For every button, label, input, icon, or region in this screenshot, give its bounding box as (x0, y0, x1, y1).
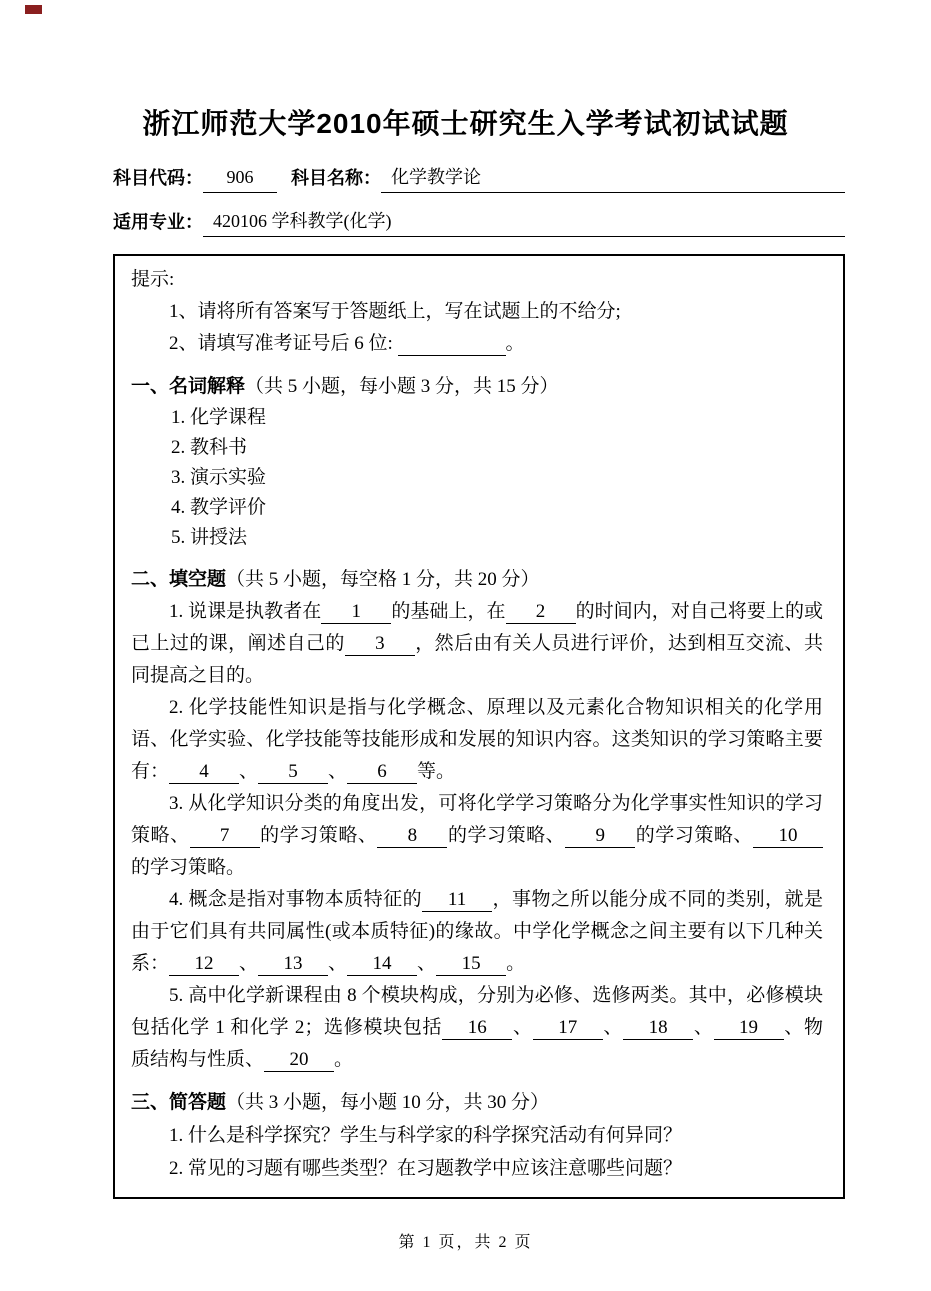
short-answer-item: 1. 什么是科学探究？学生与科学家的科学探究活动有何异同？ (131, 1119, 823, 1152)
answer-blank: 1 (321, 601, 391, 624)
section1-heading-title: 一、名词解释 (131, 376, 245, 397)
term-item: 4. 教学评价 (131, 493, 823, 523)
major-value: 420106 学科教学(化学) (203, 208, 845, 237)
answer-blank: 18 (623, 1017, 693, 1040)
subject-code-value: 906 (203, 164, 277, 193)
fill-question: 3. 从化学知识分类的角度出发，可将化学学习策略分为化学事实性知识的学习策略、7… (131, 788, 823, 884)
section3-heading-note: （共 3 小题，每小题 10 分，共 30 分） (226, 1092, 549, 1113)
section1-heading: 一、名词解释（共 5 小题，每小题 3 分，共 15 分） (131, 371, 823, 403)
major-label: 适用专业： (113, 209, 203, 237)
section2-questions: 1. 说课是执教者在1的基础上，在2的时间内，对自己将要上的或已上过的课，阐述自… (131, 596, 823, 1076)
section3-heading-title: 三、简答题 (131, 1092, 226, 1113)
answer-blank: 3 (345, 633, 415, 656)
answer-blank: 2 (506, 601, 576, 624)
exam-header: 科目代码： 906 科目名称： 化学教学论 适用专业： 420106 学科教学(… (113, 164, 845, 237)
answer-blank: 13 (258, 953, 328, 976)
section2-heading-note: （共 5 小题，每空格 1 分，共 20 分） (226, 569, 540, 590)
page-number-footer: 第 1 页，共 2 页 (0, 1229, 931, 1252)
term-item: 3. 演示实验 (131, 463, 823, 493)
ticket-number-blank (398, 333, 506, 356)
section2-heading: 二、填空题（共 5 小题，每空格 1 分，共 20 分） (131, 564, 823, 596)
section3-question-list: 1. 什么是科学探究？学生与科学家的科学探究活动有何异同？2. 常见的习题有哪些… (131, 1119, 823, 1185)
exam-paper-page: 浙江师范大学2010年硕士研究生入学考试初试试题 科目代码： 906 科目名称：… (0, 0, 931, 1291)
notice-item-2-period: 。 (506, 333, 525, 354)
section3-heading: 三、简答题（共 3 小题，每小题 10 分，共 30 分） (131, 1087, 823, 1119)
answer-blank: 6 (347, 761, 417, 784)
answer-blank: 16 (442, 1017, 512, 1040)
major-row: 适用专业： 420106 学科教学(化学) (113, 208, 845, 237)
term-item: 2. 教科书 (131, 433, 823, 463)
answer-blank: 17 (533, 1017, 603, 1040)
exam-content-box: 提示: 1、请将所有答案写于答题纸上，写在试题上的不给分; 2、请填写准考证号后… (113, 254, 845, 1199)
answer-blank: 5 (258, 761, 328, 784)
answer-blank: 7 (190, 825, 260, 848)
notice-item-1: 1、请将所有答案写于答题纸上，写在试题上的不给分; (131, 296, 823, 328)
subject-code-label: 科目代码： (113, 165, 203, 193)
term-item: 1. 化学课程 (131, 403, 823, 433)
term-item: 5. 讲授法 (131, 523, 823, 553)
subject-name-label: 科目名称： (291, 165, 381, 193)
answer-blank: 12 (169, 953, 239, 976)
fill-question: 4. 概念是指对事物本质特征的11，事物之所以能分成不同的类别，就是由于它们具有… (131, 884, 823, 980)
answer-blank: 19 (714, 1017, 784, 1040)
fill-question: 2. 化学技能性知识是指与化学概念、原理以及元素化合物知识相关的化学用语、化学实… (131, 692, 823, 788)
answer-blank: 9 (565, 825, 635, 848)
subject-name-value: 化学教学论 (381, 164, 845, 193)
notice-item-2-text: 2、请填写准考证号后 6 位: (169, 333, 398, 354)
section1-term-list: 1. 化学课程2. 教科书3. 演示实验4. 教学评价5. 讲授法 (131, 403, 823, 553)
subject-row: 科目代码： 906 科目名称： 化学教学论 (113, 164, 845, 193)
answer-blank: 11 (422, 889, 492, 912)
answer-blank: 14 (347, 953, 417, 976)
answer-blank: 15 (436, 953, 506, 976)
section2-heading-title: 二、填空题 (131, 569, 226, 590)
section1-heading-note: （共 5 小题，每小题 3 分，共 15 分） (245, 376, 559, 397)
scan-corner-artifact (25, 5, 42, 14)
short-answer-item: 2. 常见的习题有哪些类型？在习题教学中应该注意哪些问题？ (131, 1152, 823, 1185)
notice-title: 提示: (131, 264, 823, 296)
answer-blank: 4 (169, 761, 239, 784)
fill-question: 1. 说课是执教者在1的基础上，在2的时间内，对自己将要上的或已上过的课，阐述自… (131, 596, 823, 692)
page-title: 浙江师范大学2010年硕士研究生入学考试初试试题 (0, 0, 931, 142)
answer-blank: 20 (264, 1049, 334, 1072)
fill-question: 5. 高中化学新课程由 8 个模块构成，分别为必修、选修两类。其中，必修模块包括… (131, 980, 823, 1076)
answer-blank: 10 (753, 825, 823, 848)
notice-item-2: 2、请填写准考证号后 6 位: 。 (131, 328, 823, 360)
answer-blank: 8 (377, 825, 447, 848)
